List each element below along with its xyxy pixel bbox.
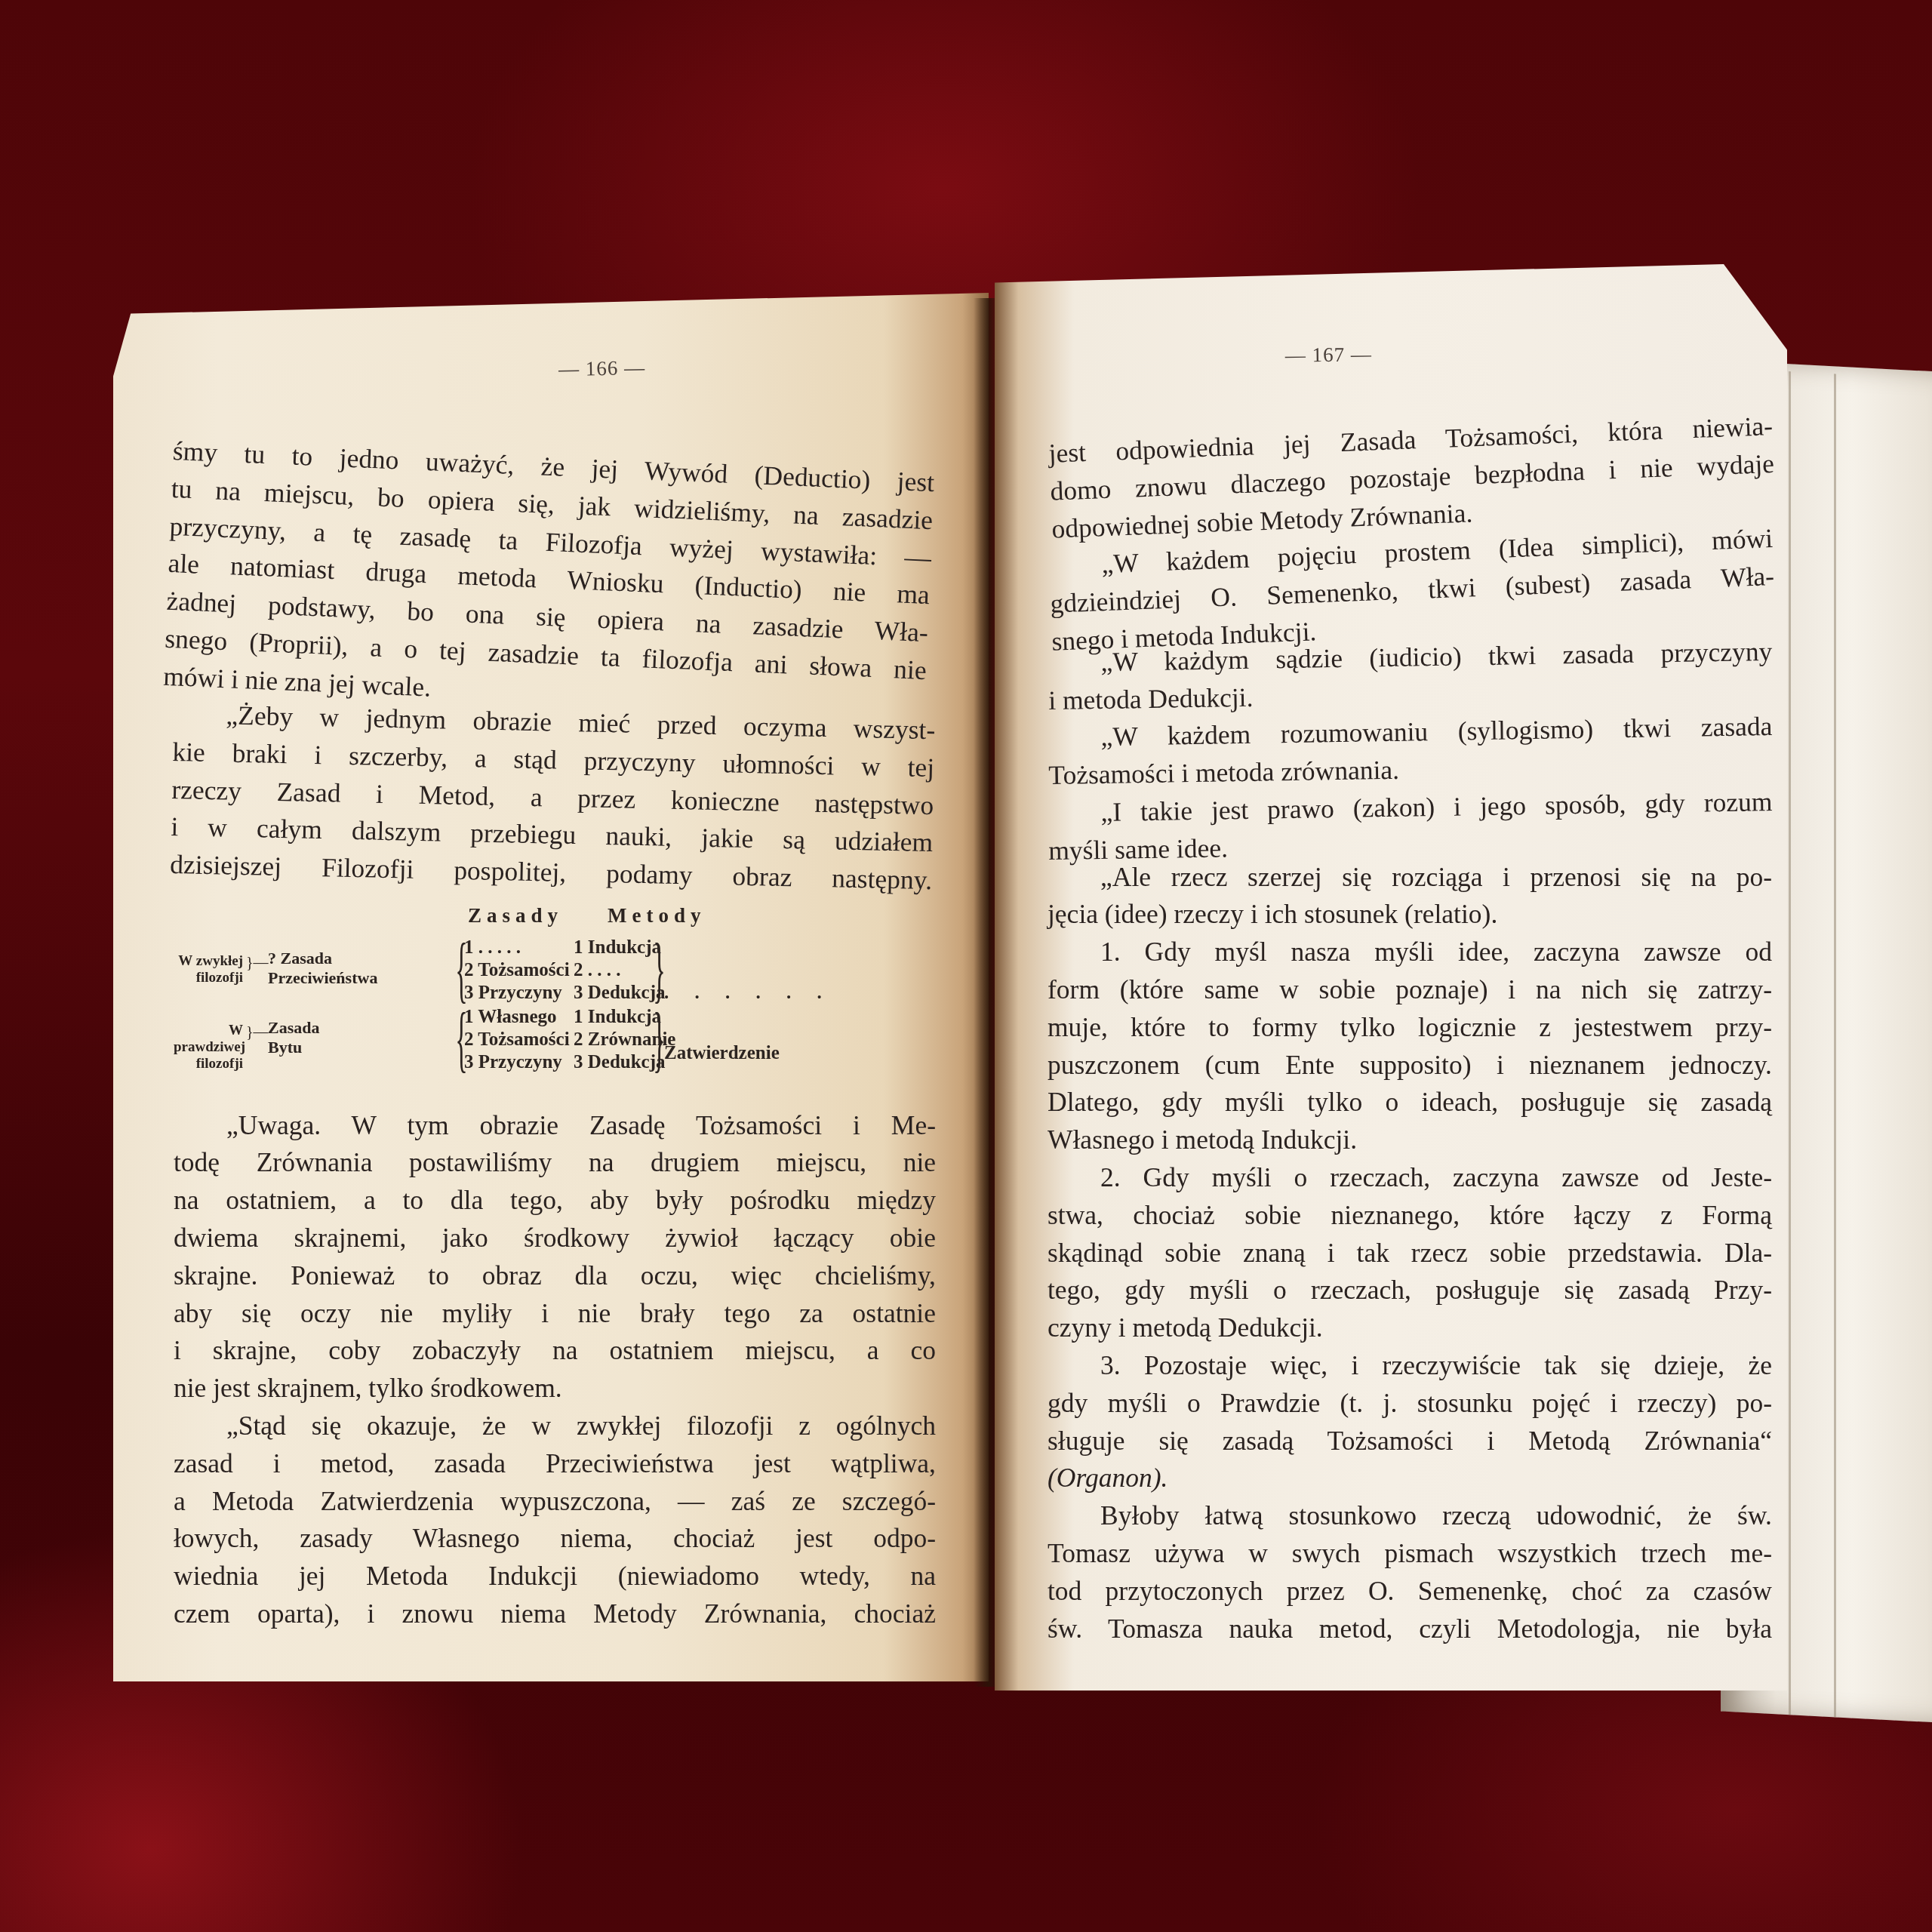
text-line: św. Tomasza nauka metod, czyli Metodolog… [1048,1611,1772,1648]
paragraph: „Stąd się okazuje, że w zwykłej filozofj… [174,1407,936,1633]
principle-line: Przeciwieństwa [268,968,377,988]
row-label-line: filozofji [174,1056,243,1072]
text-line: stwa, chociaż sobie nieznanego, które łą… [1048,1197,1772,1235]
right-page-text: jest odpowiednia jej Zasada Tożsamości, … [1048,408,1772,1647]
page-number-167: — 167 — [1285,343,1372,368]
text-line: dwiema skrajnemi, jako środkowy żywioł ł… [174,1220,936,1257]
paragraph: „Uwaga. W tym obrazie Zasadę Tożsamości … [174,1107,936,1407]
text-line: (Organon). [1048,1460,1772,1497]
paragraph: „W każdym sądzie (iudicio) tkwi zasada p… [1048,633,1773,720]
text-line: Byłoby łatwą stosunkowo rzeczą udowodnić… [1048,1497,1772,1535]
diagram-row-true-philosophy: W prawdziwej filozofji }— Zasada Bytu { … [174,1004,936,1088]
text-line: 1. Gdy myśl nasza myśli idee, zaczyna za… [1048,934,1772,971]
zasada-item: 2 Tożsamości [464,959,570,982]
text-line: a Metoda Zatwierdzenia wypuszczona, — za… [174,1483,936,1521]
text-line: czyny i metodą Dedukcji. [1048,1309,1772,1347]
text-line: Własnego i metodą Indukcji. [1048,1121,1772,1159]
principle-line: Zasada [268,1018,319,1038]
text-line: i skrajne, coby zobaczyły na ostatniem m… [174,1332,936,1370]
row-label: W prawdziwej filozofji [174,1023,243,1072]
principles-methods-diagram: Zasady Metody W zwykłej filozofji }— ? Z… [174,897,936,1086]
principle-label: ? Zasada Przeciwieństwa [268,949,377,988]
zasada-item: 1 Własnego [464,1006,570,1029]
paragraph: Byłoby łatwą stosunkowo rzeczą udowodnić… [1048,1497,1772,1647]
row-label-line: W zwykłej [174,953,243,970]
zasada-item: 3 Przyczyny [464,1051,570,1074]
bracket-glyph: }— [246,1024,269,1041]
paragraph: „Żeby w jednym obrazie mieć przed oczyma… [170,696,936,900]
zasada-item: 3 Przyczyny [464,982,570,1004]
row-label: W zwykłej filozofji [174,953,243,986]
paragraph: 1. Gdy myśl nasza myśli idee, zaczyna za… [1048,934,1772,1159]
text-line: gdy myśli o Prawdzie (t. j. stosunku poj… [1048,1385,1772,1423]
diagram-header-zasady: Zasady [468,897,563,935]
text-line: tego, gdy myśli o rzeczach, posługuje si… [1048,1272,1772,1309]
text-line: Tomasz używa w swych pismach wszystkich … [1048,1535,1772,1573]
paragraph: śmy tu to jedno uważyć, że jej Wywód (De… [162,432,935,728]
text-line: aby się oczy nie myliły i nie brały tego… [174,1295,936,1333]
paragraph: 2. Gdy myśli o rzeczach, zaczyna zawsze … [1048,1159,1772,1347]
text-line: 2. Gdy myśli o rzeczach, zaczyna zawsze … [1048,1159,1772,1197]
row-label-line: W prawdziwej [174,1023,243,1056]
text-line: jęcia (idee) rzeczy i ich stosunek (rela… [1048,896,1772,934]
text-line: nie jest skrajnem, tylko środkowem. [174,1370,936,1407]
text-line: puszczonem (cum Ente supposito) i niezna… [1048,1047,1772,1084]
text-line: czem oparta), i znowu niema Metody Zrówn… [174,1595,936,1633]
text-line: skądinąd sobie znaną i tak rzecz sobie p… [1048,1235,1772,1272]
text-line: skrajne. Ponieważ to obraz dla oczu, wię… [174,1257,936,1295]
paragraph: „Ale rzecz szerzej się rozciąga i przeno… [1048,859,1772,934]
page-number-166: — 166 — [558,356,646,381]
text-line: zasad i metod, zasada Przeciwieństwa jes… [174,1445,936,1483]
text-line: todę Zrównania postawiliśmy na drugiem m… [174,1144,936,1182]
text-line: form (które same w sobie poznaje) i na n… [1048,971,1772,1009]
text-line: muje, które to formy tylko logicznie z j… [1048,1009,1772,1047]
zasada-item: 2 Tożsamości [464,1029,570,1051]
metoda-item: 1 Indukcja [574,937,666,959]
text-line: łowych, zasady Własnego niema, chociaż j… [174,1520,936,1558]
left-page: — 166 — śmy tu to jedno uważyć, że jej W… [113,293,989,1681]
row-label-line: filozofji [174,970,243,986]
text-line: sługuje się zasadą Tożsamości i Metodą Z… [1048,1423,1772,1460]
zasady-column: 1 . . . . . 2 Tożsamości 3 Przyczyny [464,937,570,1004]
left-page-text: śmy tu to jedno uważyć, że jej Wywód (De… [174,432,936,1633]
zasada-item: 1 . . . . . [464,937,570,959]
text-line: na ostatniem, a to dla tego, aby były po… [174,1182,936,1220]
bracket-glyph: }— [246,955,269,971]
text-line: „Stąd się okazuje, że w zwykłej filozofj… [174,1407,936,1445]
metoda-item: 2 . . . . [574,959,666,982]
principle-line: ? Zasada [268,949,377,968]
metoda-item: 3 Dedukcja [574,982,666,1004]
text-line: Dlatego, gdy myśli tylko o ideach, posłu… [1048,1084,1772,1121]
zasady-column: 1 Własnego 2 Tożsamości 3 Przyczyny [464,1006,570,1074]
text-line: „Uwaga. W tym obrazie Zasadę Tożsamości … [174,1107,936,1145]
text-line: tod przytoczonych przez O. Semenenkę, ch… [1048,1573,1772,1611]
paragraph: 3. Pozostaje więc, i rzeczywiście tak si… [1048,1347,1772,1497]
paragraph: „I takie jest prawo (zakon) i jego sposó… [1048,783,1773,870]
paragraph: „W każdem rozumowaniu (syllogismo) tkwi … [1048,708,1773,795]
diagram-result: Zatwierdzenie [664,1035,780,1072]
open-book-photo: — 166 — śmy tu to jedno uważyć, że jej W… [0,0,1932,1932]
text-line: wiednia jej Metoda Indukcji (niewiadomo … [174,1558,936,1595]
right-page: — 167 — jest odpowiednia jej Zasada Tożs… [995,264,1787,1690]
metody-column: 1 Indukcja 2 . . . . 3 Dedukcja [574,937,666,1004]
principle-label: Zasada Bytu [268,1018,319,1057]
principle-line: Bytu [268,1038,319,1057]
text-line: 3. Pozostaje więc, i rzeczywiście tak si… [1048,1347,1772,1385]
